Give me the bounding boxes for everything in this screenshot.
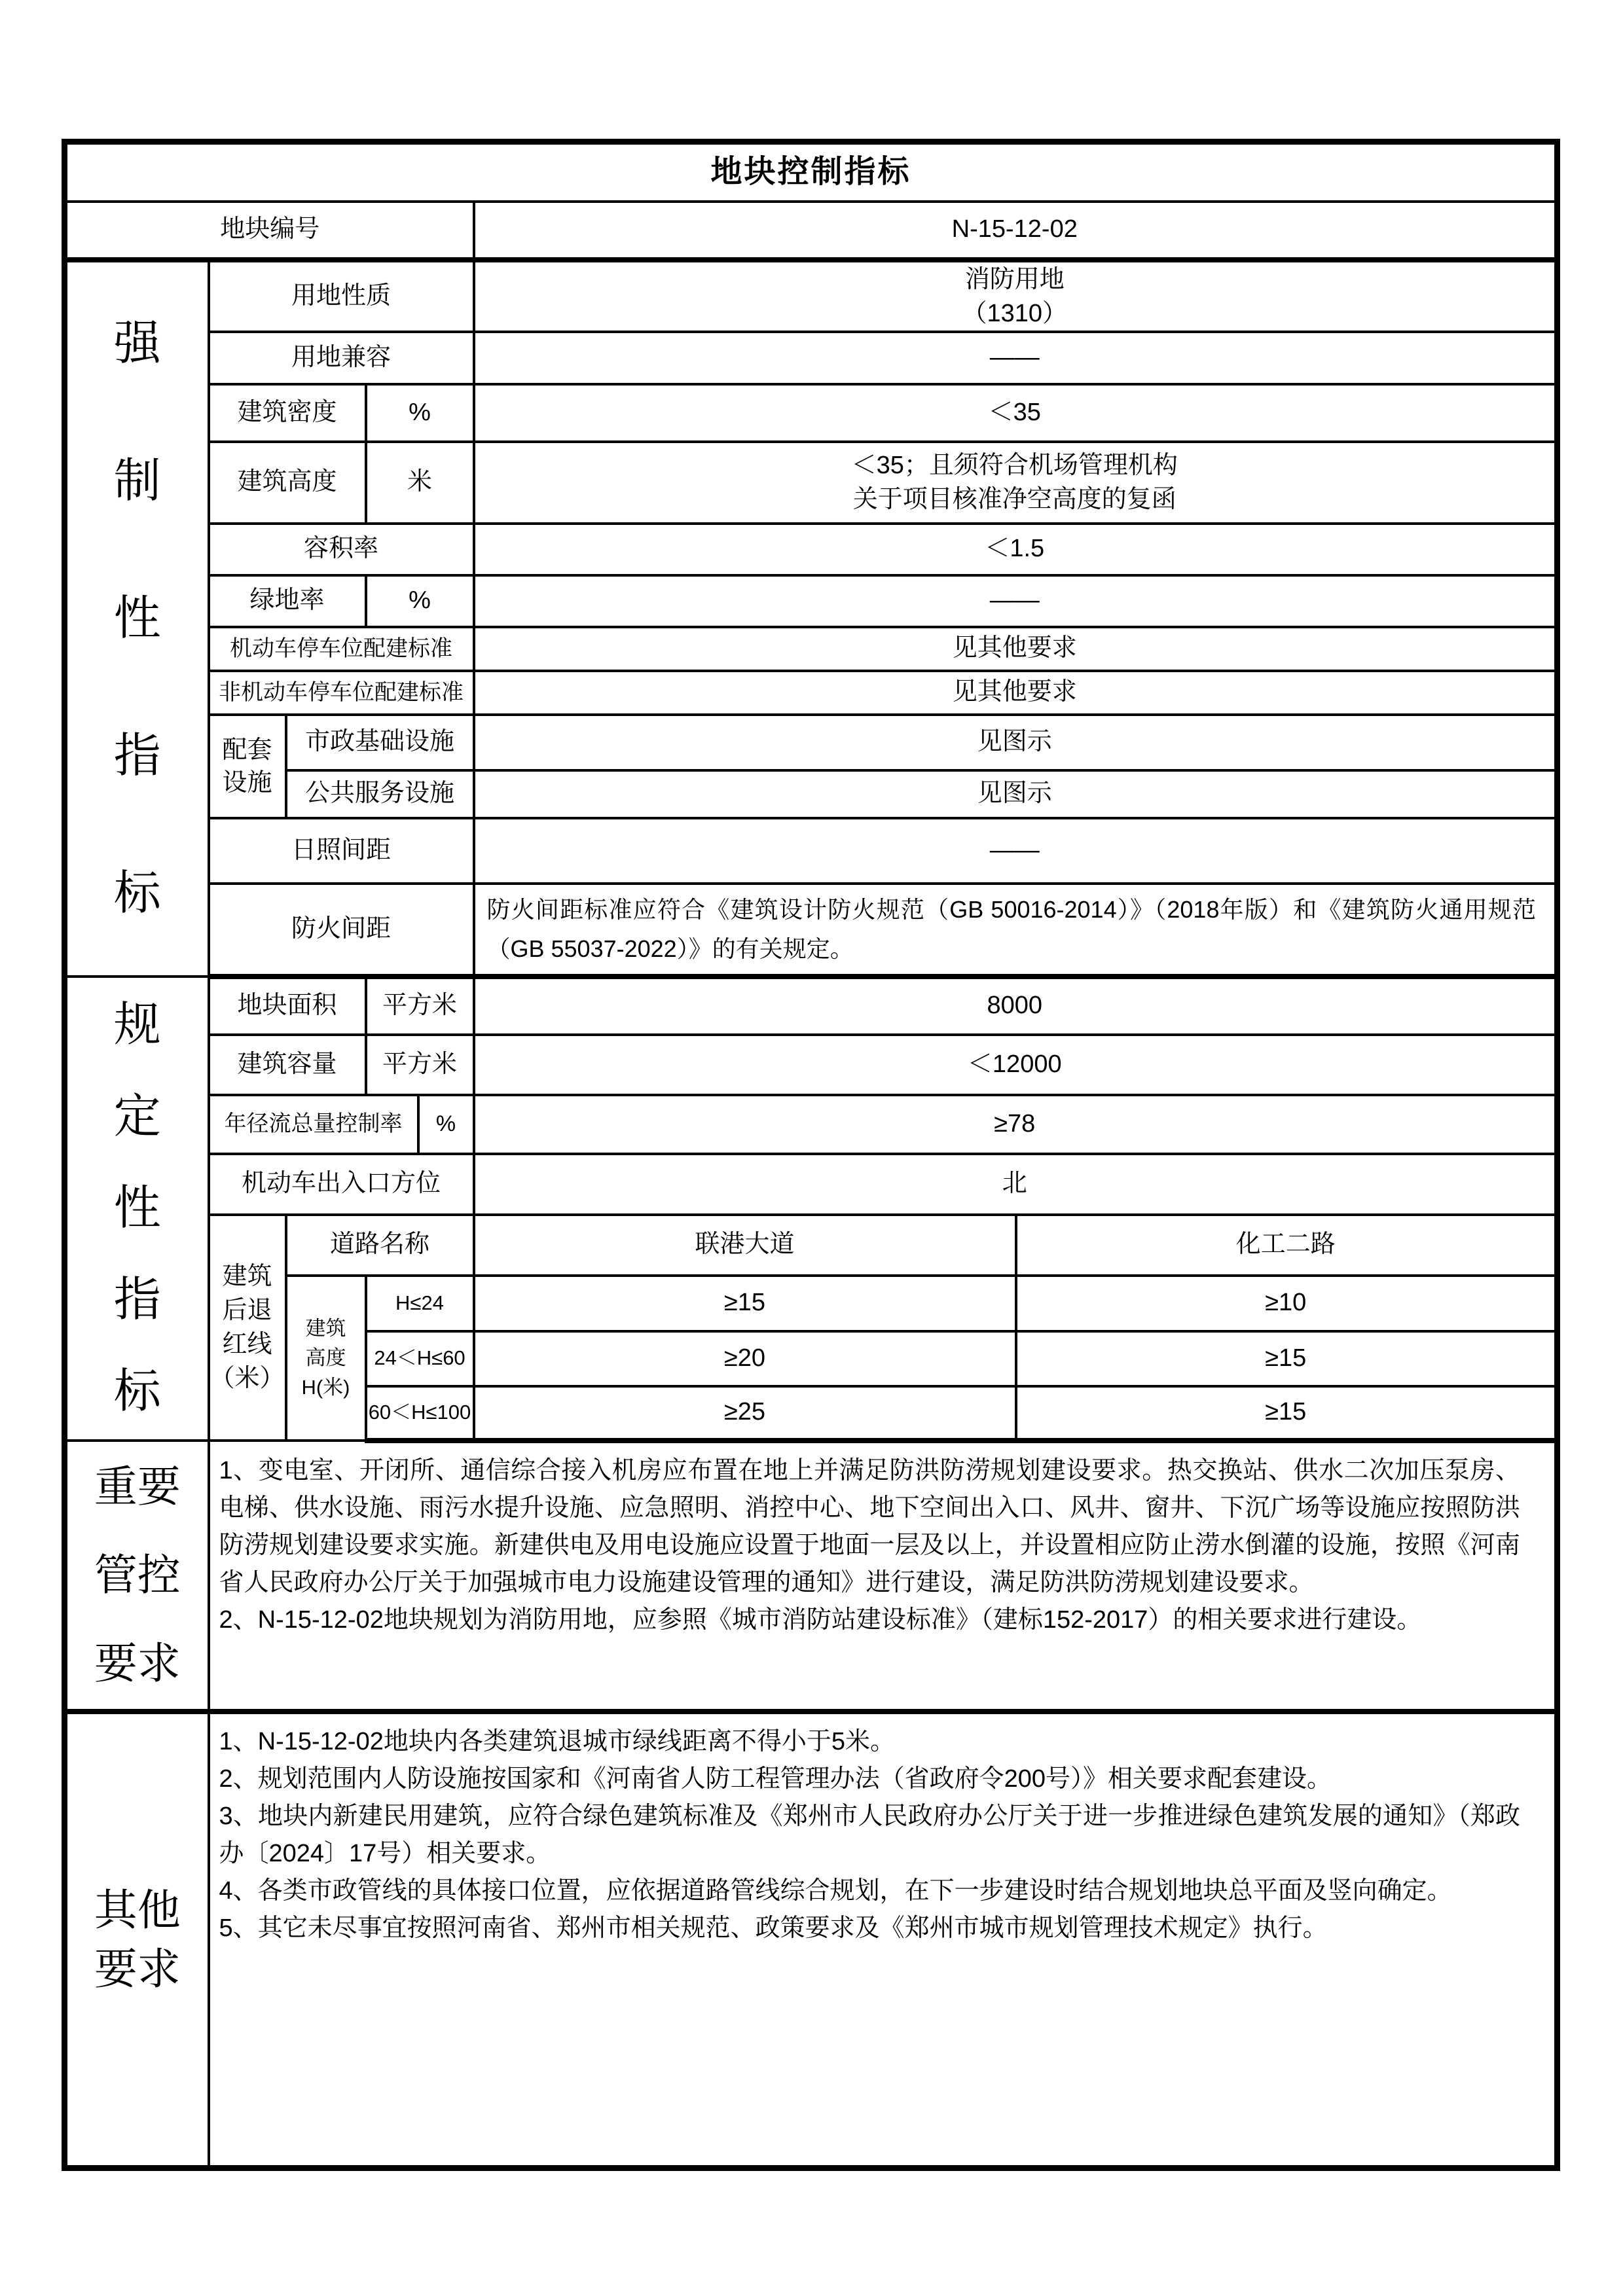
land-use-value: 消防用地（1310）: [474, 260, 1558, 332]
plot-number-label: 地块编号: [65, 202, 474, 260]
setback-value-3-road1: ≥25: [474, 1386, 1016, 1441]
building-capacity-value: ＜12000: [474, 1035, 1558, 1095]
building-capacity-label: 建筑容量: [209, 1035, 366, 1095]
nonmotor-parking-value: 见其他要求: [474, 671, 1558, 715]
setback-value-3-road2: ≥15: [1016, 1386, 1558, 1441]
vehicle-entrance-value: 北: [474, 1154, 1558, 1215]
plot-control-indicators-table: 地块控制指标 地块编号 N-15-12-02 强制性指标 用地性质 消防用地（1…: [62, 139, 1560, 2171]
section-label-other-requirements: 其他要求: [65, 1712, 209, 2168]
plot-area-value: 8000: [474, 977, 1558, 1035]
setback-redline-label: 建筑后退红线（米）: [209, 1215, 286, 1441]
green-ratio-value: ——: [474, 575, 1558, 627]
setback-value-1-road2: ≥10: [1016, 1276, 1558, 1331]
building-height-unit: 米: [366, 442, 474, 524]
scanned-document-page: 地块控制指标 地块编号 N-15-12-02 强制性指标 用地性质 消防用地（1…: [0, 0, 1623, 2296]
building-density-label: 建筑密度: [209, 384, 366, 442]
setback-value-1-road1: ≥15: [474, 1276, 1016, 1331]
building-height-value: ＜35；且须符合机场管理机构关于项目核准净空高度的复函: [474, 442, 1558, 524]
far-value: ＜1.5: [474, 524, 1558, 575]
setback-range-1: H≤24: [366, 1276, 474, 1331]
road-name-header: 道路名称: [286, 1215, 474, 1276]
municipal-infrastructure-label: 市政基础设施: [286, 715, 474, 770]
building-density-unit: %: [366, 384, 474, 442]
far-label: 容积率: [209, 524, 474, 575]
motor-parking-label: 机动车停车位配建标准: [209, 627, 474, 671]
public-service-facilities-value: 见图示: [474, 770, 1558, 818]
section-label-regulatory: 规定性指标: [65, 977, 209, 1441]
building-height-label: 建筑高度: [209, 442, 366, 524]
sunlight-spacing-value: ——: [474, 818, 1558, 884]
land-compatibility-value: ——: [474, 332, 1558, 384]
vehicle-entrance-label: 机动车出入口方位: [209, 1154, 474, 1215]
section-label-control-requirements: 重要管控要求: [65, 1441, 209, 1712]
setback-value-2-road1: ≥20: [474, 1331, 1016, 1386]
green-ratio-label: 绿地率: [209, 575, 366, 627]
land-use-label: 用地性质: [209, 260, 474, 332]
motor-parking-value: 见其他要求: [474, 627, 1558, 671]
municipal-infrastructure-value: 见图示: [474, 715, 1558, 770]
nonmotor-parking-label: 非机动车停车位配建标准: [209, 671, 474, 715]
supporting-facilities-label: 配套设施: [209, 715, 286, 818]
plot-area-unit: 平方米: [366, 977, 474, 1035]
fire-spacing-label: 防火间距: [209, 884, 474, 977]
land-compatibility-label: 用地兼容: [209, 332, 474, 384]
setback-range-3: 60＜H≤100: [366, 1386, 474, 1441]
fire-spacing-value: 防火间距标准应符合《建筑设计防火规范（GB 50016-2014）》（2018年…: [474, 884, 1558, 977]
public-service-facilities-label: 公共服务设施: [286, 770, 474, 818]
runoff-control-value: ≥78: [474, 1095, 1558, 1154]
other-requirements-text: 1、N-15-12-02地块内各类建筑退城市绿线距离不得小于5米。2、规划范围内…: [209, 1712, 1558, 2168]
road-name-1: 联港大道: [474, 1215, 1016, 1276]
setback-height-header: 建筑高度H(米): [286, 1276, 366, 1441]
runoff-control-unit: %: [418, 1095, 474, 1154]
control-requirements-text: 1、变电室、开闭所、通信综合接入机房应布置在地上并满足防洪防涝规划建设要求。热交…: [209, 1441, 1558, 1712]
setback-range-2: 24＜H≤60: [366, 1331, 474, 1386]
plot-number-value: N-15-12-02: [474, 202, 1558, 260]
page-title: 地块控制指标: [65, 142, 1558, 202]
building-density-value: ＜35: [474, 384, 1558, 442]
road-name-2: 化工二路: [1016, 1215, 1558, 1276]
section-label-mandatory: 强制性指标: [65, 260, 209, 977]
green-ratio-unit: %: [366, 575, 474, 627]
runoff-control-label: 年径流总量控制率: [209, 1095, 418, 1154]
sunlight-spacing-label: 日照间距: [209, 818, 474, 884]
plot-area-label: 地块面积: [209, 977, 366, 1035]
building-capacity-unit: 平方米: [366, 1035, 474, 1095]
setback-value-2-road2: ≥15: [1016, 1331, 1558, 1386]
